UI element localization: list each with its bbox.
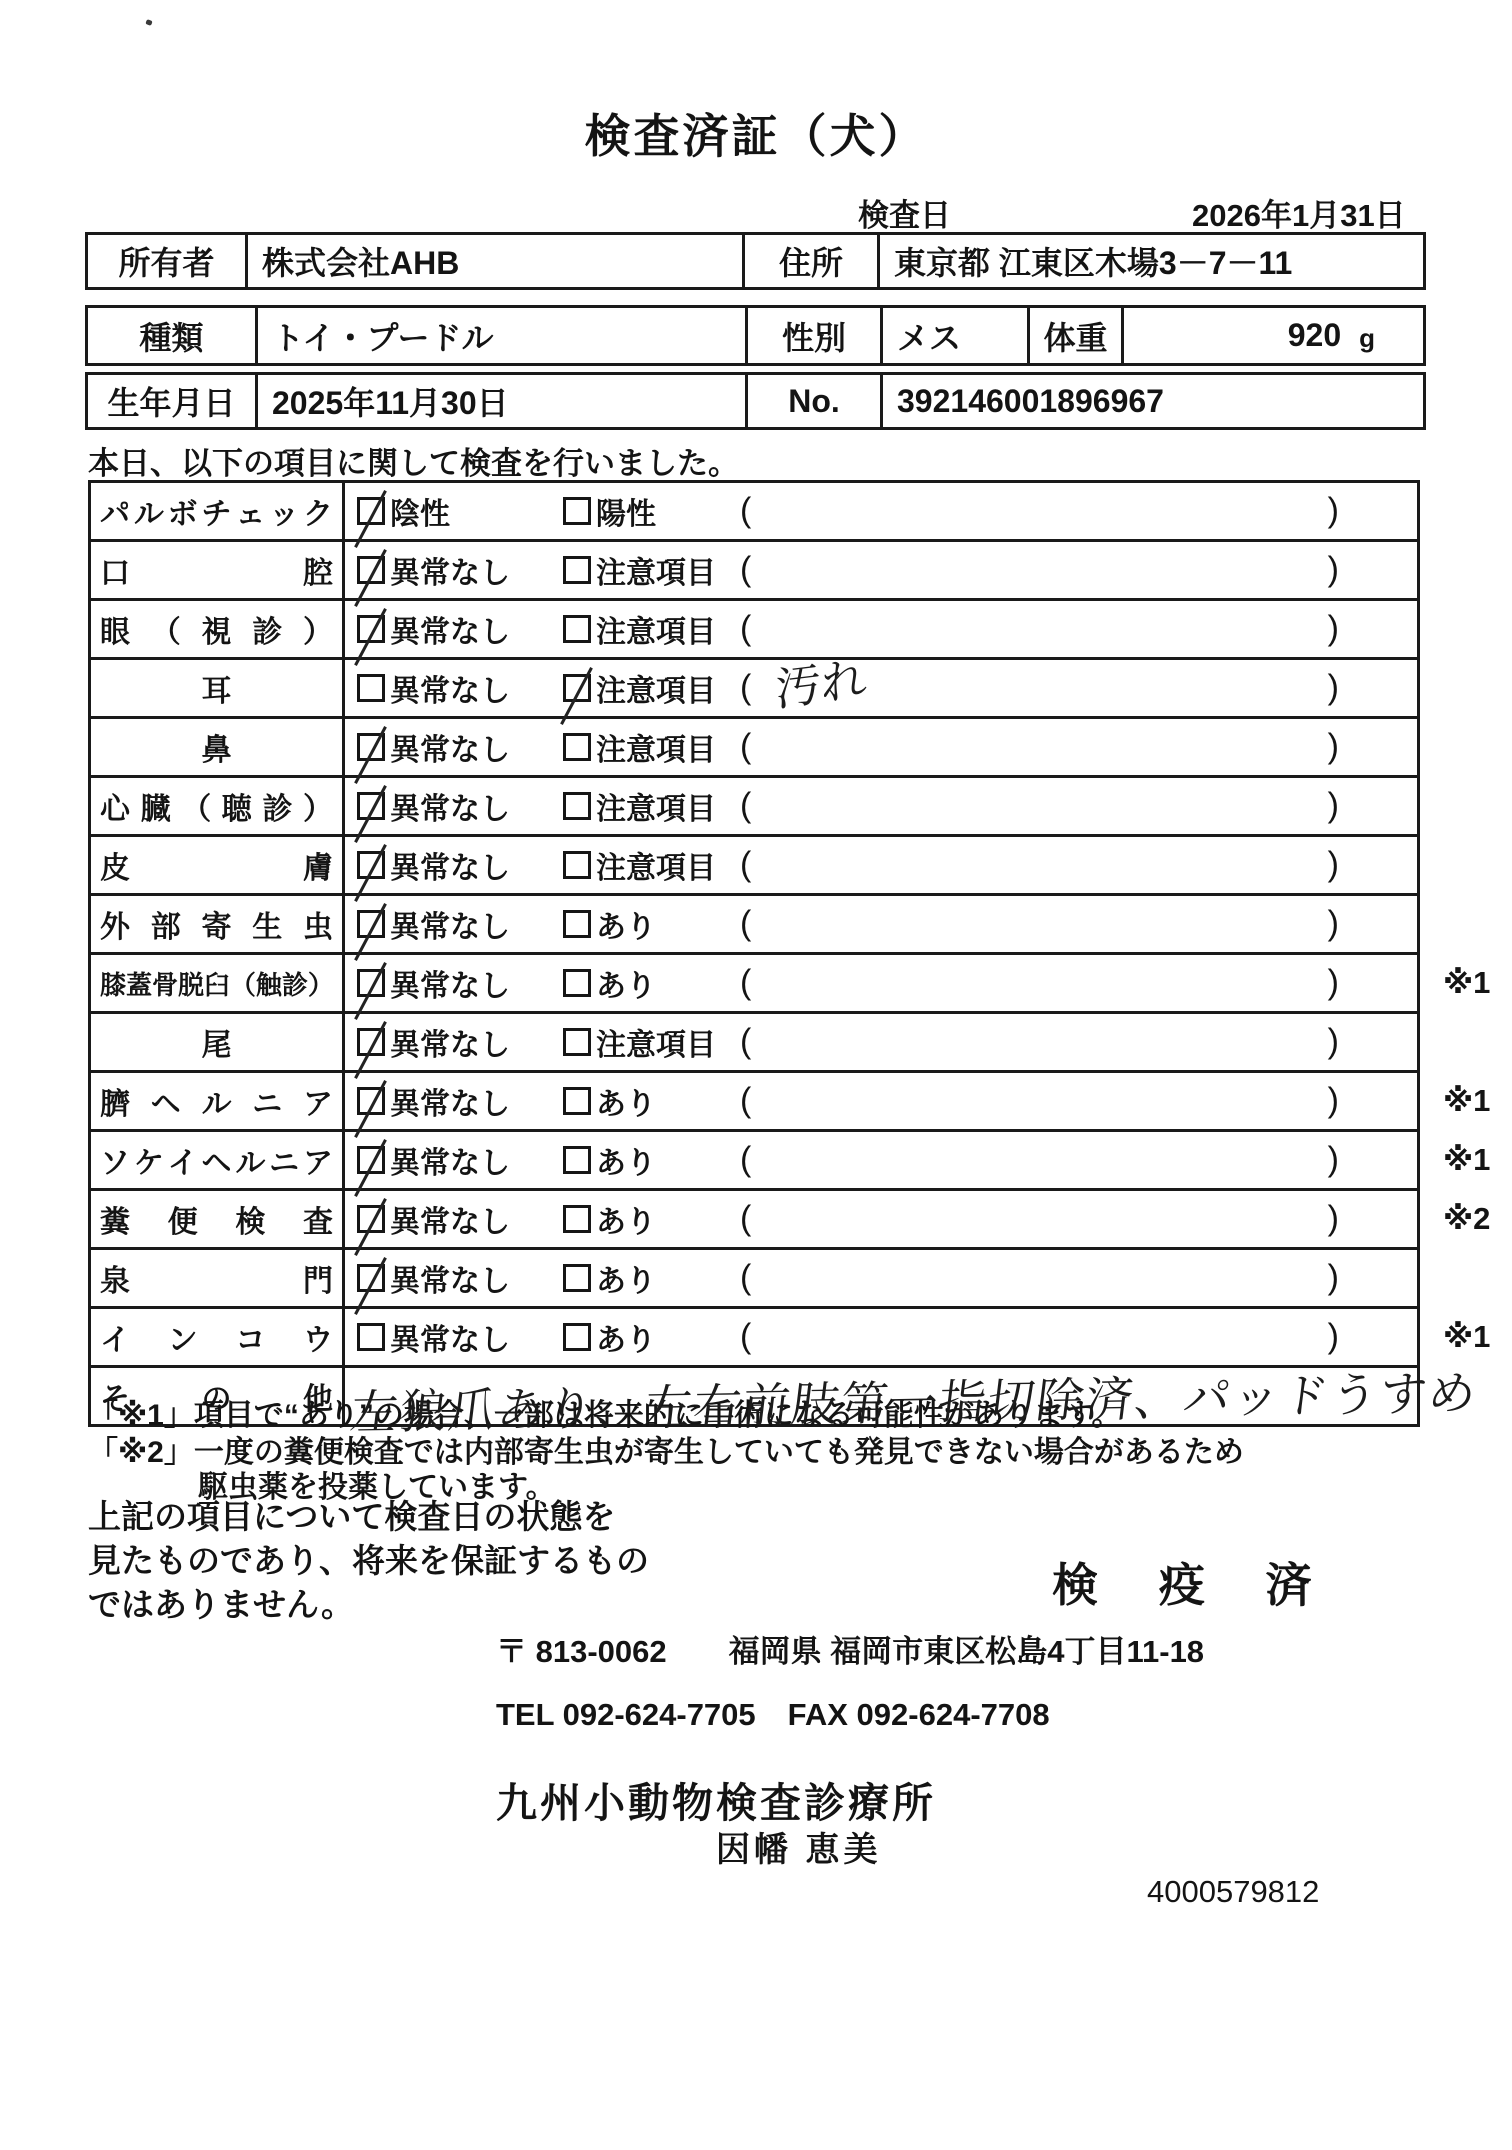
checkbox <box>357 1087 385 1115</box>
owner-address-table: 所有者 株式会社AHB 住所 東京都 江東区木場3－7－11 <box>85 232 1426 290</box>
checklist-item-label: インコウ <box>91 1309 345 1365</box>
checkbox-option-label: 異常なし <box>390 666 510 710</box>
reference-mark: ※1 <box>1443 965 1490 1001</box>
checkbox-option-label: 注意項目 <box>596 548 716 592</box>
checkbox-option: 異常なし <box>357 1020 510 1064</box>
checkbox <box>563 910 591 938</box>
breed-value: トイ・プードル <box>258 308 748 363</box>
checklist-item-label: 臍ヘルニア <box>91 1073 345 1129</box>
weight-number: 920 <box>1288 317 1341 354</box>
disclaimer-line-1: 上記の項目について検査日の状態を <box>88 1495 649 1539</box>
checkbox-option-label: 異常なし <box>390 902 510 946</box>
checkbox-option-label: あり <box>596 1315 656 1359</box>
checkbox-option: あり <box>563 1256 656 1300</box>
checklist-row: 眼（視診）異常なし注意項目() <box>91 601 1417 660</box>
checkbox-option-label: 異常なし <box>390 1256 510 1300</box>
checklist-item-label: 泉門 <box>91 1250 345 1306</box>
open-paren: ( <box>740 492 751 531</box>
checklist-item-label: 外部寄生虫 <box>91 896 345 952</box>
checklist-row: 耳異常なし注意項目()汚れ <box>91 660 1417 719</box>
open-paren: ( <box>740 1259 751 1298</box>
checkbox-option: 異常なし <box>357 1256 510 1300</box>
weight-label: 体重 <box>1030 308 1124 363</box>
page-title: 検査済証（犬） <box>0 100 1512 166</box>
handwritten-check-slash <box>354 1139 387 1197</box>
checkbox-option-label: 異常なし <box>390 548 510 592</box>
checkbox <box>563 792 591 820</box>
checklist-row: ソケイヘルニア異常なしあり()※1 <box>91 1132 1417 1191</box>
checkbox-option: 異常なし <box>357 784 510 828</box>
checkbox <box>563 1028 591 1056</box>
checkbox <box>357 969 385 997</box>
checkbox-option: あり <box>563 1138 656 1182</box>
open-paren: ( <box>740 610 751 649</box>
breed-sex-weight-table: 種類 トイ・プードル 性別 メス 体重 920 g <box>85 305 1426 366</box>
checklist-row: 泉門異常なしあり() <box>91 1250 1417 1309</box>
open-paren: ( <box>740 905 751 944</box>
scanned-certificate-page: 検査済証（犬） 検査日 2026年1月31日 所有者 株式会社AHB 住所 東京… <box>0 0 1512 2150</box>
checklist-row-options: 異常なし注意項目() <box>345 542 1417 598</box>
checkbox <box>357 1323 385 1351</box>
checkbox <box>563 556 591 584</box>
close-paren: ) <box>1328 1259 1339 1298</box>
checkbox-option-label: 異常なし <box>390 1079 510 1123</box>
checklist-row-options: 異常なし注意項目() <box>345 1014 1417 1070</box>
handwritten-check-slash <box>354 1198 387 1256</box>
checkbox-option: 注意項目 <box>563 843 716 887</box>
checkbox-option: 注意項目 <box>563 1020 716 1064</box>
checkbox <box>563 1264 591 1292</box>
sex-value: メス <box>883 308 1030 363</box>
handwritten-check-slash <box>354 1021 387 1079</box>
close-paren: ) <box>1328 610 1339 649</box>
checklist-row-options: 左狼爪あり、左右前肢第一指切除済、パッドうすめ <box>345 1368 1417 1424</box>
checklist-row: 口腔異常なし注意項目() <box>91 542 1417 601</box>
handwritten-check-slash <box>354 490 387 548</box>
checkbox-option-label: 注意項目 <box>596 843 716 887</box>
checkbox <box>357 556 385 584</box>
checkbox-option: 陰性 <box>357 489 450 533</box>
birthdate-value: 2025年11月30日 <box>258 375 748 427</box>
checkbox-option-label: あり <box>596 1079 656 1123</box>
checklist-row-options: 異常なし注意項目() <box>345 778 1417 834</box>
checkbox-option: 注意項目 <box>563 666 716 710</box>
checkbox-option-label: 注意項目 <box>596 784 716 828</box>
checkbox-option: 注意項目 <box>563 784 716 828</box>
checkbox <box>563 733 591 761</box>
checkbox <box>563 851 591 879</box>
open-paren: ( <box>740 1200 751 1239</box>
weight-value: 920 g <box>1124 308 1423 363</box>
checkbox-option: 注意項目 <box>563 548 716 592</box>
checkbox <box>563 1146 591 1174</box>
birthdate-label: 生年月日 <box>88 375 258 427</box>
checklist-item-label: 眼（視診） <box>91 601 345 657</box>
checkbox <box>357 497 385 525</box>
clinic-postal-code: 〒 813-0062 <box>496 1634 667 1669</box>
checklist-item-label: 心臓（聴診） <box>91 778 345 834</box>
open-paren: ( <box>740 1318 751 1357</box>
checklist-row-options: 異常なし注意項目() <box>345 601 1417 657</box>
checklist-row-options: 異常なし注意項目() <box>345 837 1417 893</box>
owner-value: 株式会社AHB <box>248 235 745 287</box>
open-paren: ( <box>740 846 751 885</box>
checkbox-option-label: あり <box>596 902 656 946</box>
close-paren: ) <box>1328 492 1339 531</box>
checklist-row: 尾異常なし注意項目() <box>91 1014 1417 1073</box>
checkbox <box>357 674 385 702</box>
checkbox-option-label: あり <box>596 1138 656 1182</box>
checkbox-option: あり <box>563 902 656 946</box>
clinic-postal-line: 〒 813-0062福岡県 福岡市東区松島4丁目11-18 <box>496 1626 1204 1671</box>
checklist-row-options: 異常なしあり() <box>345 1191 1417 1247</box>
open-paren: ( <box>740 1141 751 1180</box>
close-paren: ) <box>1328 964 1339 1003</box>
serial-number: 4000579812 <box>1147 1874 1319 1910</box>
checklist-row-options: 異常なしあり() <box>345 1132 1417 1188</box>
checkbox-option-label: 注意項目 <box>596 666 716 710</box>
handwritten-check-slash <box>354 1080 387 1138</box>
sex-label: 性別 <box>748 308 883 363</box>
checklist-item-label: パルボチェック <box>91 483 345 539</box>
handwritten-other-note: 左狼爪あり、左右前肢第一指切除済、パッドうすめ <box>347 1356 1482 1443</box>
clinic-address: 福岡県 福岡市東区松島4丁目11-18 <box>729 1634 1204 1669</box>
clinic-name: 九州小動物検査診療所 <box>496 1770 936 1829</box>
checkbox <box>357 1028 385 1056</box>
address-label: 住所 <box>745 235 880 287</box>
checkbox-option-label: 注意項目 <box>596 1020 716 1064</box>
handwritten-note: 汚れ <box>775 642 867 720</box>
checkbox-option: 注意項目 <box>563 725 716 769</box>
checkbox-option-label: 陰性 <box>390 489 450 533</box>
checkbox <box>563 674 591 702</box>
open-paren: ( <box>740 964 751 1003</box>
checklist-row-options: 異常なしあり() <box>345 955 1417 1011</box>
checkbox <box>357 733 385 761</box>
checklist-row: パルボチェック陰性陽性() <box>91 483 1417 542</box>
checklist-body: パルボチェック陰性陽性()口腔異常なし注意項目()眼（視診）異常なし注意項目()… <box>91 483 1417 1424</box>
close-paren: ) <box>1328 787 1339 826</box>
checkbox <box>563 1087 591 1115</box>
disclaimer-line-3: ではありません。 <box>88 1583 649 1627</box>
inspection-checklist: パルボチェック陰性陽性()口腔異常なし注意項目()眼（視診）異常なし注意項目()… <box>88 480 1420 1427</box>
no-value: 392146001896967 <box>883 375 1423 427</box>
close-paren: ) <box>1328 669 1339 708</box>
open-paren: ( <box>740 551 751 590</box>
handwritten-check-slash <box>354 549 387 607</box>
checkbox-option-label: 異常なし <box>390 784 510 828</box>
reference-mark: ※1 <box>1443 1083 1490 1119</box>
checkbox-option-label: あり <box>596 1256 656 1300</box>
checkbox-option: 異常なし <box>357 725 510 769</box>
handwritten-check-slash <box>354 962 387 1020</box>
checkbox <box>563 969 591 997</box>
checkbox <box>563 1323 591 1351</box>
close-paren: ) <box>1328 846 1339 885</box>
checkbox-option: 異常なし <box>357 902 510 946</box>
open-paren: ( <box>740 669 751 708</box>
scan-speck <box>145 19 152 26</box>
disclaimer-line-2: 見たものであり、将来を保証するもの <box>88 1539 649 1583</box>
close-paren: ) <box>1328 905 1339 944</box>
close-paren: ) <box>1328 1200 1339 1239</box>
weight-unit: g <box>1359 323 1375 354</box>
checklist-row: 心臓（聴診）異常なし注意項目() <box>91 778 1417 837</box>
checkbox-option-label: 異常なし <box>390 607 510 651</box>
checkbox-option-label: 異常なし <box>390 961 510 1005</box>
quarantine-stamp: 検 疫 済 <box>1052 1549 1336 1615</box>
breed-label: 種類 <box>88 308 258 363</box>
checkbox-option: 異常なし <box>357 548 510 592</box>
checklist-row-options: 異常なしあり() <box>345 1073 1417 1129</box>
checkbox-option: 異常なし <box>357 843 510 887</box>
checklist-item-label: 耳 <box>91 660 345 716</box>
handwritten-check-slash <box>354 726 387 784</box>
checkbox <box>357 1146 385 1174</box>
checkbox-option: あり <box>563 1315 656 1359</box>
checklist-row: 糞便検査異常なしあり()※2 <box>91 1191 1417 1250</box>
checklist-row: 皮膚異常なし注意項目() <box>91 837 1417 896</box>
checkbox-option-label: 異常なし <box>390 725 510 769</box>
checkbox-option: あり <box>563 1079 656 1123</box>
checklist-row: 外部寄生虫異常なしあり() <box>91 896 1417 955</box>
checkbox <box>357 1264 385 1292</box>
checklist-row-options: 異常なしあり() <box>345 1309 1417 1365</box>
checkbox <box>563 497 591 525</box>
checkbox-option-label: 注意項目 <box>596 607 716 651</box>
checkbox-option: 異常なし <box>357 607 510 651</box>
checklist-item-label: 皮膚 <box>91 837 345 893</box>
checkbox-option: 異常なし <box>357 666 510 710</box>
open-paren: ( <box>740 1082 751 1121</box>
checkbox-option-label: あり <box>596 1197 656 1241</box>
open-paren: ( <box>740 787 751 826</box>
checkbox <box>563 1205 591 1233</box>
checklist-item-label: 尾 <box>91 1014 345 1070</box>
checkbox-option: あり <box>563 1197 656 1241</box>
checkbox-option: あり <box>563 961 656 1005</box>
checkbox-option-label: 注意項目 <box>596 725 716 769</box>
checklist-row-options: 異常なしあり() <box>345 896 1417 952</box>
checklist-row: 臍ヘルニア異常なしあり()※1 <box>91 1073 1417 1132</box>
checklist-item-label: ソケイヘルニア <box>91 1132 345 1188</box>
checkbox-option: 陽性 <box>563 489 656 533</box>
open-paren: ( <box>740 1023 751 1062</box>
handwritten-check-slash <box>354 608 387 666</box>
birthdate-number-table: 生年月日 2025年11月30日 No. 392146001896967 <box>85 372 1426 430</box>
checklist-row: 鼻異常なし注意項目() <box>91 719 1417 778</box>
checkbox-option: 異常なし <box>357 961 510 1005</box>
handwritten-check-slash <box>354 903 387 961</box>
checkbox <box>357 792 385 820</box>
checklist-row: 膝蓋骨脱臼（触診）異常なしあり()※1 <box>91 955 1417 1014</box>
checklist-item-label: 鼻 <box>91 719 345 775</box>
handwritten-check-slash <box>354 1257 387 1315</box>
checklist-row-options: 異常なしあり() <box>345 1250 1417 1306</box>
inspection-date-label: 検査日 <box>858 190 951 235</box>
reference-mark: ※1 <box>1443 1319 1490 1355</box>
checkbox <box>563 615 591 643</box>
close-paren: ) <box>1328 728 1339 767</box>
clinic-telfax-line: TEL 092-624-7705FAX 092-624-7708 <box>496 1697 1050 1733</box>
inspection-date-value: 2026年1月31日 <box>1192 190 1406 235</box>
close-paren: ) <box>1328 1023 1339 1062</box>
intro-sentence: 本日、以下の項目に関して検査を行いました。 <box>88 438 739 483</box>
veterinarian-name: 因幡 恵美 <box>716 1822 881 1871</box>
open-paren: ( <box>740 728 751 767</box>
checklist-item-label: 糞便検査 <box>91 1191 345 1247</box>
checkbox-option: 異常なし <box>357 1138 510 1182</box>
checklist-item-label: 膝蓋骨脱臼（触診） <box>91 955 345 1011</box>
clinic-fax: FAX 092-624-7708 <box>788 1697 1050 1732</box>
checkbox-option-label: 異常なし <box>390 843 510 887</box>
checklist-row-options: 異常なし注意項目()汚れ <box>345 660 1417 716</box>
no-label: No. <box>748 375 883 427</box>
handwritten-check-slash <box>560 667 593 725</box>
checkbox <box>357 910 385 938</box>
checkbox-option-label: 陽性 <box>596 489 656 533</box>
close-paren: ) <box>1328 1141 1339 1180</box>
close-paren: ) <box>1328 1318 1339 1357</box>
checklist-row-options: 陰性陽性() <box>345 483 1417 539</box>
address-value: 東京都 江東区木場3－7－11 <box>880 235 1423 287</box>
checkbox-option: 異常なし <box>357 1079 510 1123</box>
clinic-tel: TEL 092-624-7705 <box>496 1697 756 1732</box>
checkbox <box>357 1205 385 1233</box>
checkbox-option-label: 異常なし <box>390 1197 510 1241</box>
handwritten-check-slash <box>354 785 387 843</box>
reference-mark: ※1 <box>1443 1142 1490 1178</box>
checkbox-option-label: あり <box>596 961 656 1005</box>
close-paren: ) <box>1328 551 1339 590</box>
checkbox <box>357 615 385 643</box>
close-paren: ) <box>1328 1082 1339 1121</box>
reference-mark: ※2 <box>1443 1201 1490 1237</box>
checkbox-option: 注意項目 <box>563 607 716 651</box>
checkbox-option: 異常なし <box>357 1197 510 1241</box>
handwritten-check-slash <box>354 844 387 902</box>
checkbox-option-label: 異常なし <box>390 1138 510 1182</box>
checkbox <box>357 851 385 879</box>
checklist-row: インコウ異常なしあり()※1 <box>91 1309 1417 1368</box>
checklist-item-label: 口腔 <box>91 542 345 598</box>
checkbox-option-label: 異常なし <box>390 1020 510 1064</box>
owner-label: 所有者 <box>88 235 248 287</box>
disclaimer: 上記の項目について検査日の状態を 見たものであり、将来を保証するもの ではありま… <box>88 1495 649 1627</box>
checkbox-option: 異常なし <box>357 1315 510 1359</box>
checkbox-option-label: 異常なし <box>390 1315 510 1359</box>
checklist-row-options: 異常なし注意項目() <box>345 719 1417 775</box>
